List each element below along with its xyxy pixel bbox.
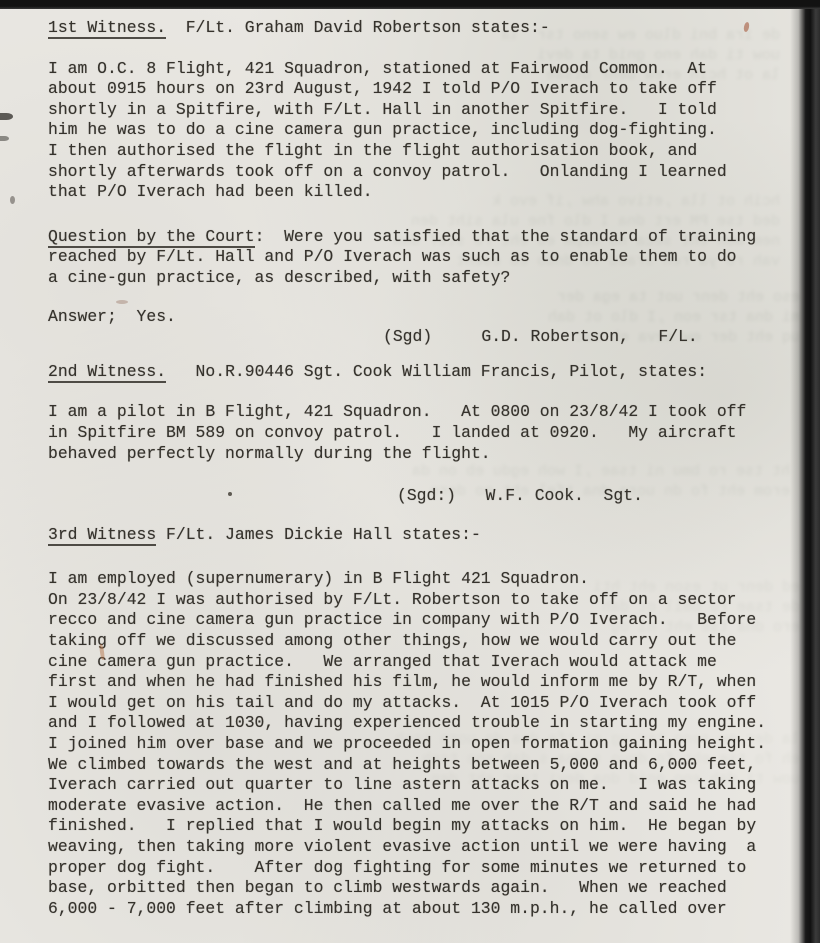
robertson-signature-line: (Sgd) G.D. Robertson, F/L. — [383, 327, 796, 348]
scan-edge-mark — [0, 113, 13, 120]
typed-content: 1st Witness. F/Lt. Graham David Robertso… — [48, 18, 796, 919]
witness3-heading-rest: F/Lt. James Dickie Hall states:- — [156, 525, 481, 544]
witness2-heading-underlined: 2nd Witness. — [48, 362, 166, 383]
witness1-statement: I am O.C. 8 Flight, 421 Squadron, statio… — [48, 59, 796, 203]
scan-edge-mark — [0, 136, 9, 141]
witness1-heading-rest: F/Lt. Graham David Robertson states:- — [166, 18, 550, 37]
scan-edge-top — [0, 0, 820, 9]
answer-line: Answer; Yes. — [48, 307, 796, 328]
ink-speck — [10, 196, 15, 204]
witness1-heading: 1st Witness. F/Lt. Graham David Robertso… — [48, 18, 796, 39]
cook-signature-line: (Sgd:) W.F. Cook. Sgt. — [397, 486, 796, 507]
witness3-heading-underlined: 3rd Witness — [48, 525, 156, 546]
witness1-heading-underlined: 1st Witness. — [48, 18, 166, 39]
court-question-label-underlined: Question by the Court — [48, 227, 255, 248]
witness2-statement: I am a pilot in B Flight, 421 Squadron. … — [48, 402, 796, 464]
scan-edge-right — [790, 0, 820, 943]
witness3-statement: I am employed (supernumerary) in B Fligh… — [48, 569, 796, 919]
scanned-document-page: de ira bni dluo ew seno tsr la uow ti da… — [0, 0, 820, 943]
witness2-heading-rest: No.R.90446 Sgt. Cook William Francis, Pi… — [166, 362, 707, 381]
witness3-heading: 3rd Witness F/Lt. James Dickie Hall stat… — [48, 525, 796, 546]
witness2-heading: 2nd Witness. No.R.90446 Sgt. Cook Willia… — [48, 362, 796, 383]
court-question: Question by the Court: Were you satisfie… — [48, 227, 796, 289]
